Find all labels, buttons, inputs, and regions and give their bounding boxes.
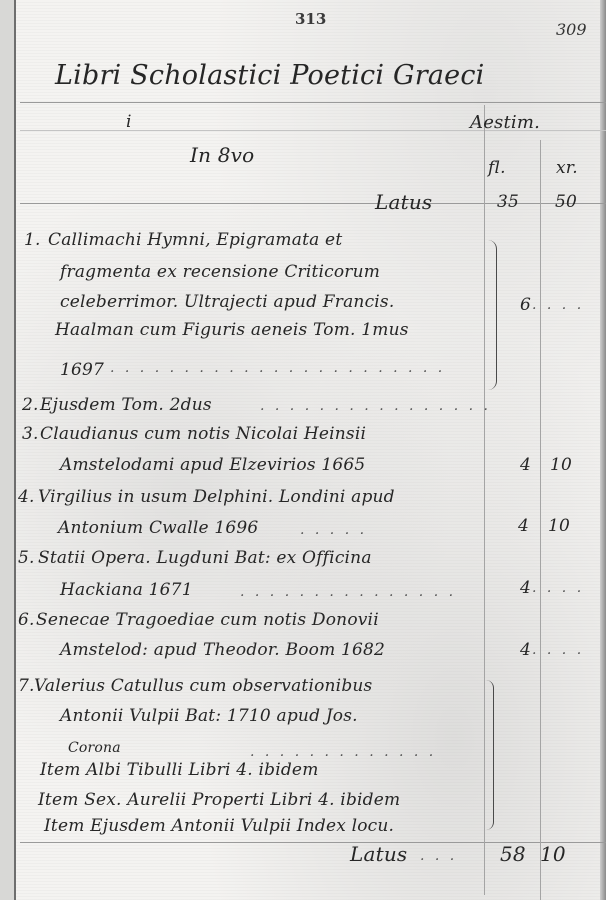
leader-dots: . . . . <box>532 297 584 313</box>
carry-over-kreuzer: 50 <box>555 192 577 212</box>
entry-line: celeberrimor. Ultrajecti apud Francis. <box>60 292 394 312</box>
leader-dots: . . . . . <box>300 522 367 538</box>
entry-number: 7. <box>18 676 35 696</box>
entry-line: Claudianus cum notis Nicolai Heinsii <box>40 424 366 444</box>
binding-margin <box>0 0 16 900</box>
entry-florins: 4 <box>518 516 529 536</box>
entry-florins: 4 <box>520 578 531 598</box>
entry-line: Item Sex. Aurelii Properti Libri 4. ibid… <box>38 790 400 810</box>
entry-florins: 4 <box>520 455 531 475</box>
entry-line: Haalman cum Figuris aeneis Tom. 1mus <box>55 320 409 340</box>
bracket <box>488 240 497 390</box>
leader-dots: . . . . . . . . . . . . . . . . . . . . … <box>110 360 445 376</box>
column-divider-florins <box>484 105 485 895</box>
entry-line: Callimachi Hymni, Epigramata et <box>48 230 342 250</box>
rule-line <box>20 102 606 103</box>
column-divider-kreuzer <box>540 140 541 900</box>
entry-number: 6. <box>18 610 35 630</box>
entry-line: fragmenta ex recensione Criticorum <box>60 262 380 282</box>
entry-line: 1697 <box>60 360 104 380</box>
entry-line: Senecae Tragoediae cum notis Donovii <box>36 610 379 630</box>
page-edge <box>600 0 606 900</box>
entry-line: Amstelod: apud Theodor. Boom 1682 <box>60 640 385 660</box>
leader-dots: . . . . . . . . . . . . . . . <box>240 584 456 600</box>
entry-number: 5. <box>18 548 35 568</box>
entry-number: 1. <box>24 230 41 250</box>
entry-line: Virgilius in usum Delphini. Londini apud <box>38 487 395 507</box>
entry-line: Corona <box>68 740 121 756</box>
manuscript-page: 313 309 Libri Scholastici Poetici Graeci… <box>0 0 606 900</box>
leader-dots: . . . . . . . . . . . . . <box>250 744 436 760</box>
bracket <box>486 680 494 830</box>
entry-kreuzer: 10 <box>550 455 572 475</box>
leader-dots: . . . . <box>532 580 584 596</box>
entry-line: Amstelodami apud Elzevirios 1665 <box>60 455 365 475</box>
page-title: Libri Scholastici Poetici Graeci <box>55 60 485 91</box>
column-header-kreuzer: xr. <box>556 158 578 178</box>
page-stamp-number: 313 <box>295 10 326 28</box>
carry-over-florins: 35 <box>497 192 519 212</box>
column-header-aestimatio: Aestim. <box>470 112 540 133</box>
leader-dots: . . . . . . . . . . . . . . . . <box>260 398 491 414</box>
entry-line: Hackiana 1671 <box>60 580 193 600</box>
entry-number: 2. <box>22 395 39 415</box>
leader-dots: . . . . <box>532 642 584 658</box>
carry-over-label: Latus <box>375 190 432 214</box>
entry-kreuzer: 10 <box>548 516 570 536</box>
entry-line: Item Albi Tibulli Libri 4. ibidem <box>40 760 319 780</box>
column-header-florins: fl. <box>488 158 506 178</box>
entry-number: 3. <box>22 424 39 444</box>
subheading-format: In 8vo <box>190 143 254 167</box>
total-florins: 58 <box>500 842 526 866</box>
entry-line: Statii Opera. Lugduni Bat: ex Officina <box>38 548 372 568</box>
total-kreuzer: 10 <box>540 842 566 866</box>
entry-florins: 6 <box>520 295 531 315</box>
folio-number: 309 <box>556 20 587 39</box>
leader-dots: . . . <box>420 848 457 864</box>
entry-florins: 4 <box>520 640 531 660</box>
total-label: Latus <box>350 842 407 866</box>
entry-line: Antonii Vulpii Bat: 1710 apud Jos. <box>60 706 358 726</box>
entry-line: Ejusdem Tom. 2dus <box>40 395 212 415</box>
entry-line: Valerius Catullus cum observationibus <box>34 676 372 696</box>
entry-line: Item Ejusdem Antonii Vulpii Index locu. <box>44 816 394 836</box>
entry-number: 4. <box>18 487 35 507</box>
entry-line: Antonium Cwalle 1696 <box>58 518 258 538</box>
left-mark: i <box>126 112 132 132</box>
